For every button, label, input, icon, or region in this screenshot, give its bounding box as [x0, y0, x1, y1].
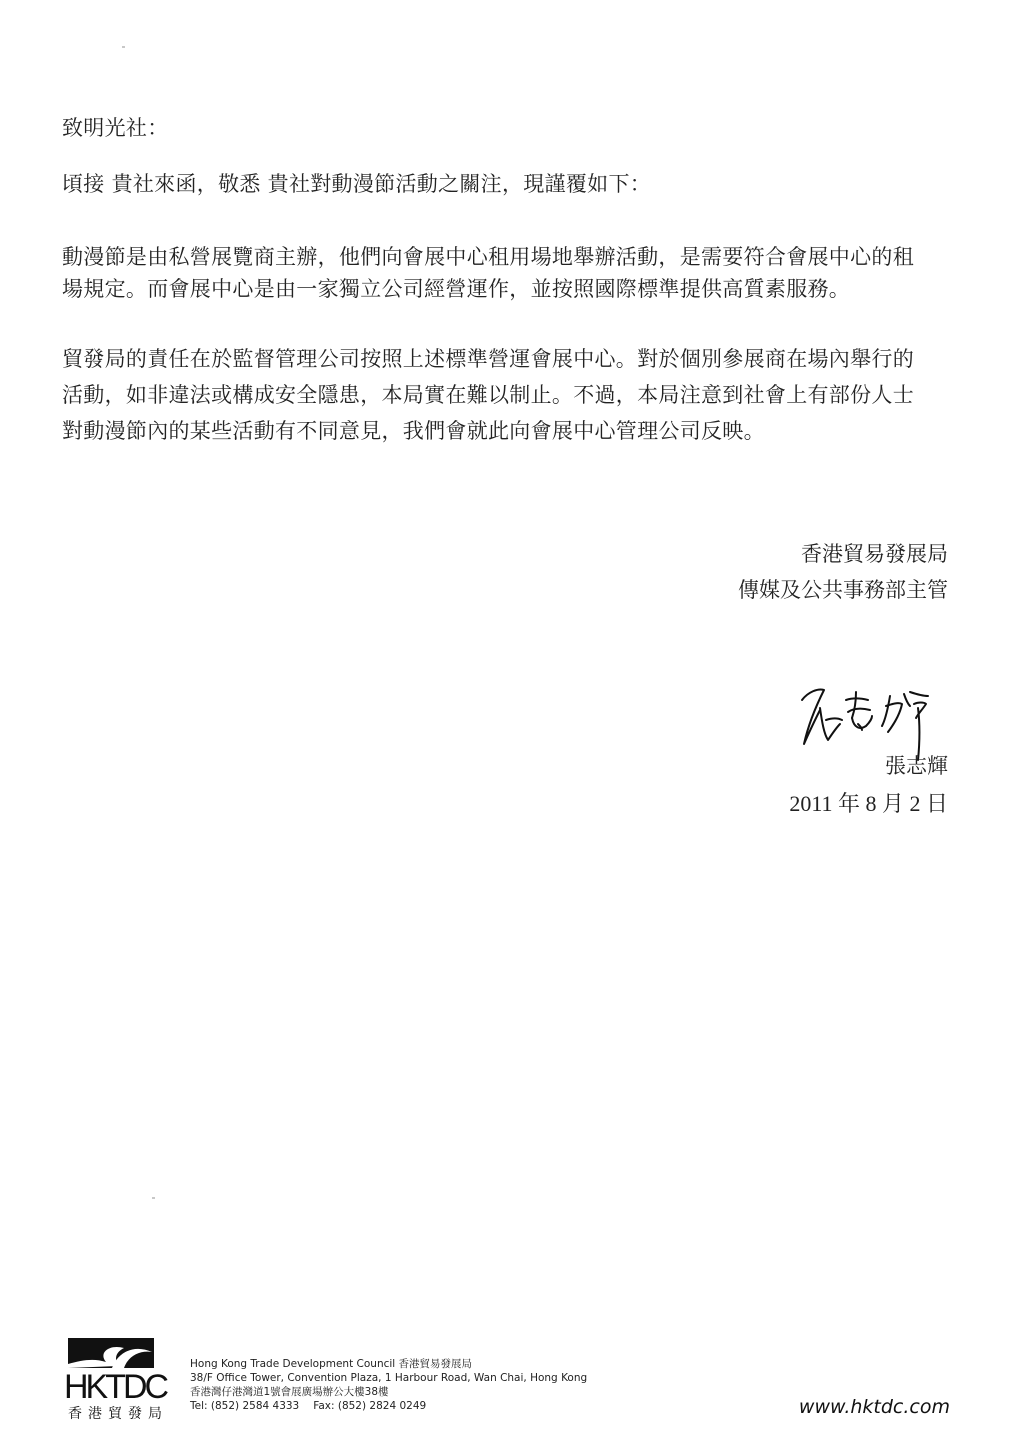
- scan-speck: [152, 1197, 155, 1199]
- signoff-organization: 香港貿易發展局: [801, 540, 948, 568]
- hktdc-logo: HKTDC 香港貿發局: [60, 1336, 168, 1424]
- logo-banner-graphic: [68, 1338, 154, 1368]
- paragraph-2-line-2: 活動，如非違法或構成安全隱患，本局實在難以制止。不過，本局注意到社會上有部份人士: [62, 381, 914, 409]
- address-english: 38/F Office Tower, Convention Plaza, 1 H…: [190, 1371, 587, 1385]
- signoff-department: 傳媒及公共事務部主管: [738, 576, 948, 604]
- website-url[interactable]: www.hktdc.com: [799, 1396, 950, 1418]
- paragraph-2-line-1: 貿發局的責任在於監督管理公司按照上述標準營運會展中心。對於個別參展商在場內舉行的: [62, 345, 914, 373]
- paragraph-1-line-1: 動漫節是由私營展覽商主辦，他們向會展中心租用場地舉辦活動，是需要符合會展中心的租: [62, 243, 914, 271]
- logo-chinese-name: 香港貿發局: [68, 1406, 168, 1422]
- council-name: Hong Kong Trade Development Council 香港貿易…: [190, 1357, 587, 1371]
- logo-wordmark: HKTDC: [64, 1370, 166, 1404]
- letter-date: 2011 年 8 月 2 日: [789, 790, 948, 818]
- fax: Fax: (852) 2824 0249: [313, 1400, 426, 1412]
- salutation: 致明光社：: [62, 114, 169, 142]
- telephone: Tel: (852) 2584 4333: [190, 1400, 299, 1412]
- address-chinese: 香港灣仔港灣道1號會展廣場辦公大樓38樓: [190, 1385, 587, 1399]
- letter-page: 致明光社： 頃接 貴社來函，敬悉 貴社對動漫節活動之關注，現謹覆如下： 動漫節是…: [0, 0, 1024, 1448]
- opening-line: 頃接 貴社來函，敬悉 貴社對動漫節活動之關注，現謹覆如下：: [62, 170, 651, 198]
- footer-contact-block: Hong Kong Trade Development Council 香港貿易…: [190, 1357, 587, 1413]
- paragraph-2-line-3: 對動漫節內的某些活動有不同意見，我們會就此向會展中心管理公司反映。: [62, 417, 765, 445]
- signoff-name: 張志輝: [885, 752, 948, 780]
- phone-fax-line: Tel: (852) 2584 4333Fax: (852) 2824 0249: [190, 1399, 587, 1413]
- scan-speck: [122, 46, 125, 48]
- paragraph-1-line-2: 場規定。而會展中心是由一家獨立公司經營運作，並按照國際標準提供高質素服務。: [62, 275, 850, 303]
